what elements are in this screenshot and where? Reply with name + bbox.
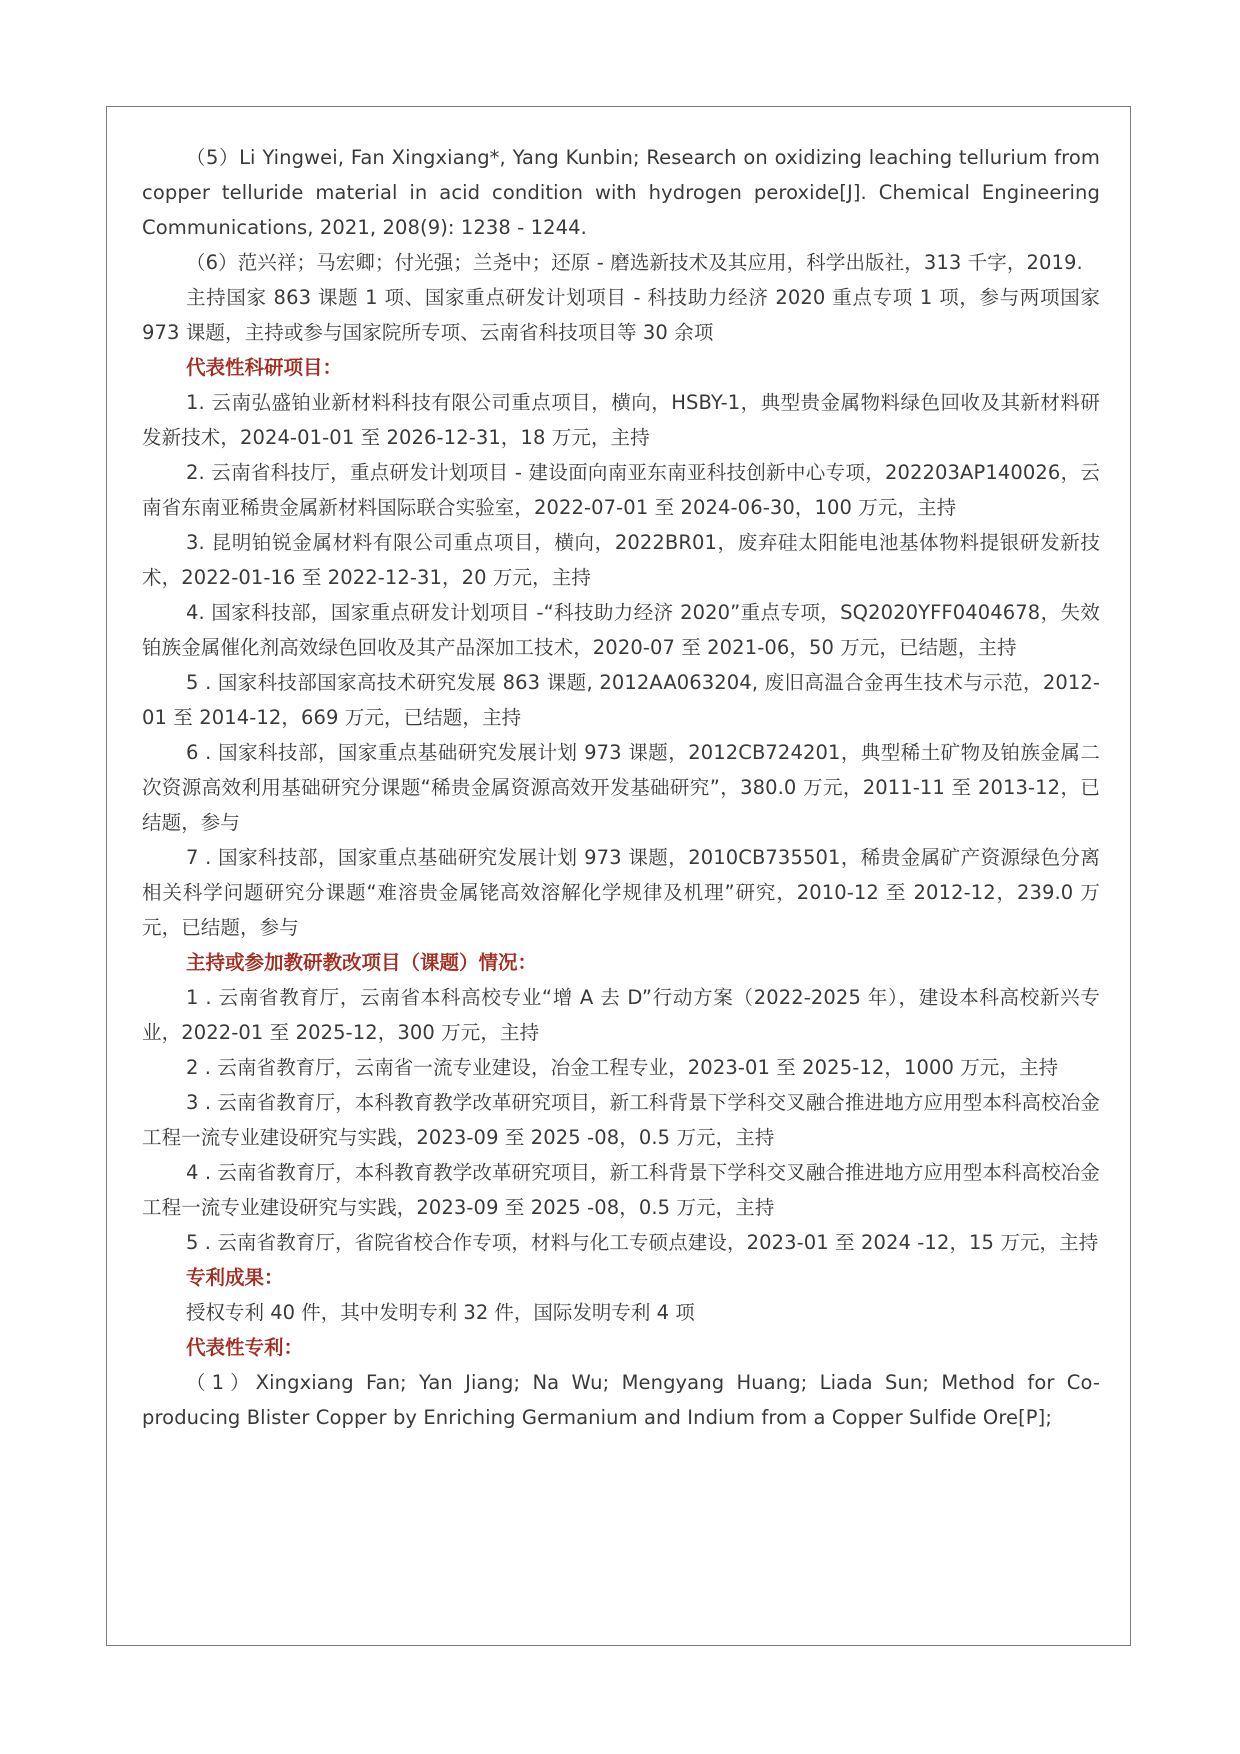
patent-item: （1）Xingxiang Fan; Yan Jiang; Na Wu; Meng… (142, 1365, 1100, 1435)
research-project-item: 1. 云南弘盛铂业新材料科技有限公司重点项目，横向，HSBY-1，典型贵金属物料… (142, 385, 1100, 455)
research-project-item: 3. 昆明铂锐金属材料有限公司重点项目，横向，2022BR01，废弃硅太阳能电池… (142, 525, 1100, 595)
publication-entry: （6）范兴祥；马宏卿；付光强；兰尧中；还原 - 磨选新技术及其应用，科学出版社，… (142, 245, 1100, 280)
teaching-project-item: 1 . 云南省教育厅，云南省本科高校专业“增 A 去 D”行动方案（2022-2… (142, 980, 1100, 1050)
research-project-item: 6 . 国家科技部，国家重点基础研究发展计划 973 课题，2012CB7242… (142, 735, 1100, 840)
projects-summary: 主持国家 863 课题 1 项、国家重点研发计划项目 - 科技助力经济 2020… (142, 280, 1100, 350)
teaching-project-item: 2 . 云南省教育厅，云南省一流专业建设，冶金工程专业，2023-01 至 20… (142, 1050, 1100, 1085)
publication-entry: （5）Li Yingwei, Fan Xingxiang*, Yang Kunb… (142, 140, 1100, 245)
teaching-project-item: 5 . 云南省教育厅，省院省校合作专项，材料与化工专硕点建设，2023-01 至… (142, 1225, 1100, 1260)
section-heading-representative-patents: 代表性专利： (142, 1330, 1100, 1365)
teaching-project-item: 3 . 云南省教育厅，本科教育教学改革研究项目，新工科背景下学科交叉融合推进地方… (142, 1085, 1100, 1155)
research-project-item: 5 . 国家科技部国家高技术研究发展 863 课题, 2012AA063204,… (142, 665, 1100, 735)
research-project-item: 4. 国家科技部，国家重点研发计划项目 -“科技助力经济 2020”重点专项，S… (142, 595, 1100, 665)
section-heading-patents: 专利成果： (142, 1260, 1100, 1295)
research-project-item: 7 . 国家科技部，国家重点基础研究发展计划 973 课题，2010CB7355… (142, 840, 1100, 945)
research-project-item: 2. 云南省科技厅，重点研发计划项目 - 建设面向南亚东南亚科技创新中心专项，2… (142, 455, 1100, 525)
section-heading-teaching-projects: 主持或参加教研教改项目（课题）情况： (142, 945, 1100, 980)
section-heading-research-projects: 代表性科研项目： (142, 350, 1100, 385)
patents-summary: 授权专利 40 件，其中发明专利 32 件，国际发明专利 4 项 (142, 1295, 1100, 1330)
page-content: （5）Li Yingwei, Fan Xingxiang*, Yang Kunb… (142, 140, 1100, 1435)
teaching-project-item: 4 . 云南省教育厅，本科教育教学改革研究项目，新工科背景下学科交叉融合推进地方… (142, 1155, 1100, 1225)
